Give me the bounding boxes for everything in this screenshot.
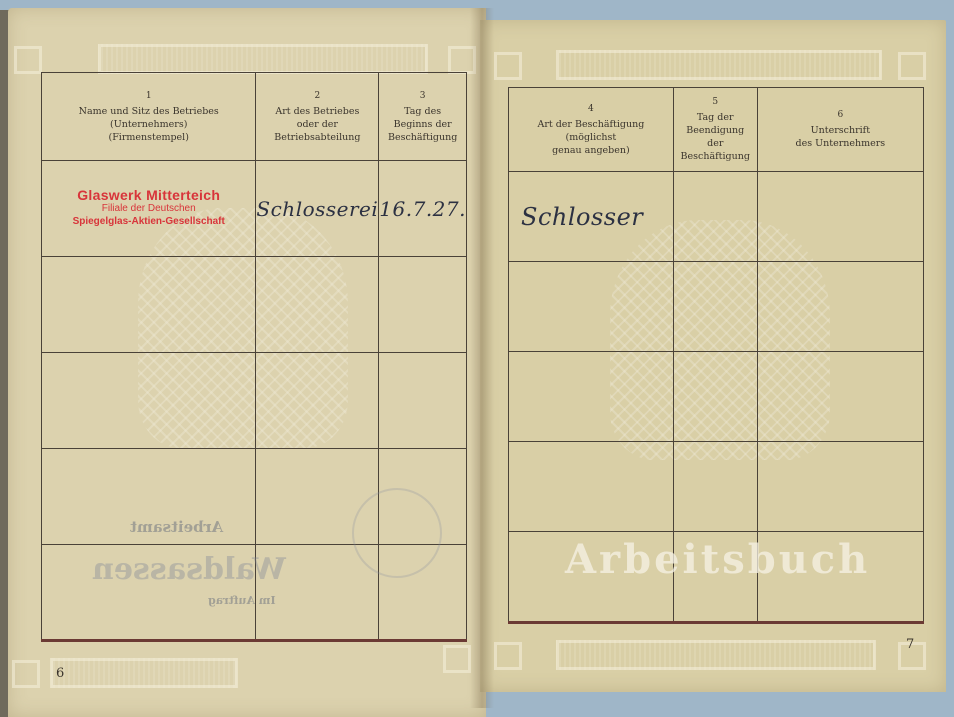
column-header-6: 6 Unterschrift des Unternehmers [757, 88, 923, 172]
offset-stamp-line3: Im Auftrag [208, 594, 276, 607]
column-header-5: 5 Tag der Beendigung der Beschäftigung [673, 88, 757, 172]
book-spine [470, 8, 494, 708]
company-stamp-cell: Glaswerk Mitterteich Filiale der Deutsch… [42, 161, 256, 257]
header-row: 1 Name und Sitz des Betriebes (Unternehm… [42, 73, 467, 161]
end-date-cell [673, 172, 757, 262]
column-header-4: 4 Art der Beschäftigung (möglichst genau… [509, 88, 674, 172]
table-row [509, 352, 924, 442]
faint-seal [352, 488, 442, 578]
border-band-top [556, 50, 882, 80]
column-header-1: 1 Name und Sitz des Betriebes (Unternehm… [42, 73, 256, 161]
border-ornament [443, 645, 471, 673]
table-row [42, 257, 467, 353]
border-ornament [14, 46, 42, 74]
offset-stamp-line2: Waldsassen [92, 552, 286, 587]
table-row [509, 442, 924, 532]
border-ornament [494, 52, 522, 80]
table-row: Glaswerk Mitterteich Filiale der Deutsch… [42, 161, 467, 257]
border-band-top [98, 44, 428, 74]
start-date-cell: 16.7.27. [379, 161, 467, 257]
header-row: 4 Art der Beschäftigung (möglichst genau… [509, 88, 924, 172]
table-row [509, 262, 924, 352]
arbeitsbuch-watermark: Arbeitsbuch [565, 536, 870, 583]
border-ornament [12, 660, 40, 688]
signature-cell [757, 172, 923, 262]
table-row: Schlosser [509, 172, 924, 262]
occupation-cell: Schlosser [509, 172, 674, 262]
border-band-bottom [556, 640, 876, 670]
border-ornament [494, 642, 522, 670]
company-stamp: Glaswerk Mitterteich Filiale der Deutsch… [42, 189, 255, 228]
column-header-3: 3 Tag des Beginns der Beschäftigung [379, 73, 467, 161]
table-row [42, 353, 467, 449]
department-cell: Schlosserei [256, 161, 379, 257]
page-number: 7 [906, 637, 914, 652]
column-header-2: 2 Art des Betriebes oder der Betriebsabt… [256, 73, 379, 161]
border-band-bottom [50, 658, 238, 688]
border-ornament [898, 52, 926, 80]
offset-stamp-line1: Arbeitsamt [130, 518, 223, 536]
page-number: 6 [56, 666, 64, 681]
